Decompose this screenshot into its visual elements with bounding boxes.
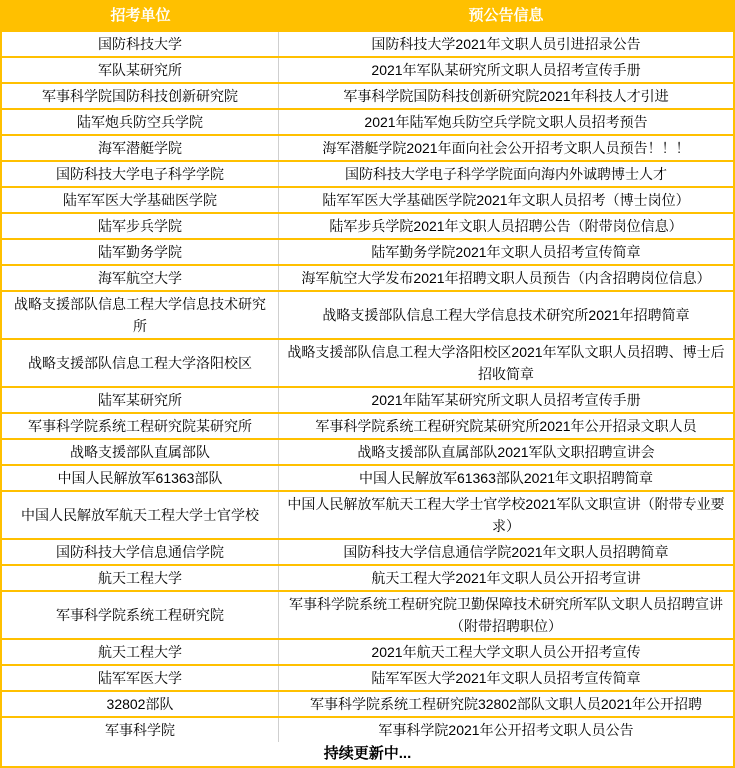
announcement-cell: 军事科学院系统工程研究院卫勤保障技术研究所军队文职人员招聘宣讲（附带招聘职位） bbox=[279, 592, 733, 638]
announcement-cell: 海军航空大学发布2021年招聘文职人员预告（内含招聘岗位信息） bbox=[279, 266, 733, 290]
table-header-row: 招考单位 预公告信息 bbox=[2, 2, 733, 32]
recruitment-announcement-table: 招考单位 预公告信息 国防科技大学 国防科技大学2021年文职人员引进招录公告 … bbox=[0, 0, 735, 768]
unit-cell: 陆军勤务学院 bbox=[2, 240, 279, 264]
table-row: 中国人民解放军61363部队 中国人民解放军61363部队2021年文职招聘简章 bbox=[2, 466, 733, 492]
table-row: 航天工程大学 航天工程大学2021年文职人员公开招考宣讲 bbox=[2, 566, 733, 592]
announcement-cell: 2021年航天工程大学文职人员公开招考宣传 bbox=[279, 640, 733, 664]
table-body: 国防科技大学 国防科技大学2021年文职人员引进招录公告 军队某研究所 2021… bbox=[2, 32, 733, 742]
table-row: 中国人民解放军航天工程大学士官学校 中国人民解放军航天工程大学士官学校2021军… bbox=[2, 492, 733, 540]
table-row: 陆军军医大学基础医学院 陆军军医大学基础医学院2021年文职人员招考（博士岗位） bbox=[2, 188, 733, 214]
table-row: 国防科技大学信息通信学院 国防科技大学信息通信学院2021年文职人员招聘简章 bbox=[2, 540, 733, 566]
announcement-cell: 中国人民解放军航天工程大学士官学校2021军队文职宣讲（附带专业要求） bbox=[279, 492, 733, 538]
table-row: 32802部队 军事科学院系统工程研究院32802部队文职人员2021年公开招聘 bbox=[2, 692, 733, 718]
announcement-cell: 2021年军队某研究所文职人员招考宣传手册 bbox=[279, 58, 733, 82]
unit-cell: 军事科学院系统工程研究院 bbox=[2, 592, 279, 638]
unit-cell: 战略支援部队信息工程大学信息技术研究所 bbox=[2, 292, 279, 338]
unit-cell: 国防科技大学信息通信学院 bbox=[2, 540, 279, 564]
announcement-cell: 航天工程大学2021年文职人员公开招考宣讲 bbox=[279, 566, 733, 590]
table-row: 国防科技大学电子科学学院 国防科技大学电子科学学院面向海内外诚聘博士人才 bbox=[2, 162, 733, 188]
unit-cell: 军事科学院系统工程研究院某研究所 bbox=[2, 414, 279, 438]
table-row: 陆军军医大学 陆军军医大学2021年文职人员招考宣传简章 bbox=[2, 666, 733, 692]
announcement-cell: 战略支援部队信息工程大学洛阳校区2021年军队文职人员招聘、博士后招收简章 bbox=[279, 340, 733, 386]
table-row: 航天工程大学 2021年航天工程大学文职人员公开招考宣传 bbox=[2, 640, 733, 666]
announcement-cell: 军事科学院系统工程研究院32802部队文职人员2021年公开招聘 bbox=[279, 692, 733, 716]
unit-cell: 陆军军医大学基础医学院 bbox=[2, 188, 279, 212]
unit-cell: 军队某研究所 bbox=[2, 58, 279, 82]
announcement-cell: 军事科学院系统工程研究院某研究所2021年公开招录文职人员 bbox=[279, 414, 733, 438]
table-row: 军事科学院国防科技创新研究院 军事科学院国防科技创新研究院2021年科技人才引进 bbox=[2, 84, 733, 110]
table-row: 战略支援部队直属部队 战略支援部队直属部队2021军队文职招聘宣讲会 bbox=[2, 440, 733, 466]
unit-cell: 陆军步兵学院 bbox=[2, 214, 279, 238]
unit-cell: 国防科技大学 bbox=[2, 32, 279, 56]
unit-cell: 战略支援部队信息工程大学洛阳校区 bbox=[2, 340, 279, 386]
announcement-cell: 陆军军医大学2021年文职人员招考宣传简章 bbox=[279, 666, 733, 690]
announcement-cell: 陆军军医大学基础医学院2021年文职人员招考（博士岗位） bbox=[279, 188, 733, 212]
unit-cell: 中国人民解放军航天工程大学士官学校 bbox=[2, 492, 279, 538]
announcement-cell: 军事科学院国防科技创新研究院2021年科技人才引进 bbox=[279, 84, 733, 108]
announcement-cell: 国防科技大学电子科学学院面向海内外诚聘博士人才 bbox=[279, 162, 733, 186]
unit-cell: 战略支援部队直属部队 bbox=[2, 440, 279, 464]
table-row: 国防科技大学 国防科技大学2021年文职人员引进招录公告 bbox=[2, 32, 733, 58]
unit-cell: 航天工程大学 bbox=[2, 566, 279, 590]
unit-cell: 海军航空大学 bbox=[2, 266, 279, 290]
announcement-cell: 中国人民解放军61363部队2021年文职招聘简章 bbox=[279, 466, 733, 490]
table-row: 军队某研究所 2021年军队某研究所文职人员招考宣传手册 bbox=[2, 58, 733, 84]
table-row: 海军潜艇学院 海军潜艇学院2021年面向社会公开招考文职人员预告！！！ bbox=[2, 136, 733, 162]
unit-cell: 军事科学院国防科技创新研究院 bbox=[2, 84, 279, 108]
unit-cell: 航天工程大学 bbox=[2, 640, 279, 664]
unit-cell: 海军潜艇学院 bbox=[2, 136, 279, 160]
footer-updating-text: 持续更新中... bbox=[2, 742, 733, 766]
page: 招考单位 预公告信息 国防科技大学 国防科技大学2021年文职人员引进招录公告 … bbox=[0, 0, 735, 768]
announcement-cell: 国防科技大学信息通信学院2021年文职人员招聘简章 bbox=[279, 540, 733, 564]
announcement-cell: 战略支援部队直属部队2021军队文职招聘宣讲会 bbox=[279, 440, 733, 464]
announcement-cell: 陆军步兵学院2021年文职人员招聘公告（附带岗位信息） bbox=[279, 214, 733, 238]
unit-cell: 中国人民解放军61363部队 bbox=[2, 466, 279, 490]
table-row: 战略支援部队信息工程大学洛阳校区 战略支援部队信息工程大学洛阳校区2021年军队… bbox=[2, 340, 733, 388]
table-row: 战略支援部队信息工程大学信息技术研究所 战略支援部队信息工程大学信息技术研究所2… bbox=[2, 292, 733, 340]
announcement-cell: 陆军勤务学院2021年文职人员招考宣传简章 bbox=[279, 240, 733, 264]
announcement-cell: 战略支援部队信息工程大学信息技术研究所2021年招聘简章 bbox=[279, 292, 733, 338]
table-row: 陆军步兵学院 陆军步兵学院2021年文职人员招聘公告（附带岗位信息） bbox=[2, 214, 733, 240]
table-row: 陆军炮兵防空兵学院 2021年陆军炮兵防空兵学院文职人员招考预告 bbox=[2, 110, 733, 136]
table-footer-row: 持续更新中... bbox=[2, 742, 733, 766]
column-header-unit: 招考单位 bbox=[2, 2, 279, 30]
unit-cell: 32802部队 bbox=[2, 692, 279, 716]
table-row: 海军航空大学 海军航空大学发布2021年招聘文职人员预告（内含招聘岗位信息） bbox=[2, 266, 733, 292]
unit-cell: 军事科学院 bbox=[2, 718, 279, 742]
unit-cell: 国防科技大学电子科学学院 bbox=[2, 162, 279, 186]
table-row: 军事科学院系统工程研究院某研究所 军事科学院系统工程研究院某研究所2021年公开… bbox=[2, 414, 733, 440]
announcement-cell: 2021年陆军某研究所文职人员招考宣传手册 bbox=[279, 388, 733, 412]
table-row: 军事科学院系统工程研究院 军事科学院系统工程研究院卫勤保障技术研究所军队文职人员… bbox=[2, 592, 733, 640]
unit-cell: 陆军某研究所 bbox=[2, 388, 279, 412]
unit-cell: 陆军炮兵防空兵学院 bbox=[2, 110, 279, 134]
announcement-cell: 2021年陆军炮兵防空兵学院文职人员招考预告 bbox=[279, 110, 733, 134]
announcement-cell: 海军潜艇学院2021年面向社会公开招考文职人员预告！！！ bbox=[279, 136, 733, 160]
table-row: 陆军某研究所 2021年陆军某研究所文职人员招考宣传手册 bbox=[2, 388, 733, 414]
unit-cell: 陆军军医大学 bbox=[2, 666, 279, 690]
table-row: 陆军勤务学院 陆军勤务学院2021年文职人员招考宣传简章 bbox=[2, 240, 733, 266]
announcement-cell: 军事科学院2021年公开招考文职人员公告 bbox=[279, 718, 733, 742]
table-row: 军事科学院 军事科学院2021年公开招考文职人员公告 bbox=[2, 718, 733, 742]
column-header-announcement: 预公告信息 bbox=[279, 2, 733, 30]
announcement-cell: 国防科技大学2021年文职人员引进招录公告 bbox=[279, 32, 733, 56]
